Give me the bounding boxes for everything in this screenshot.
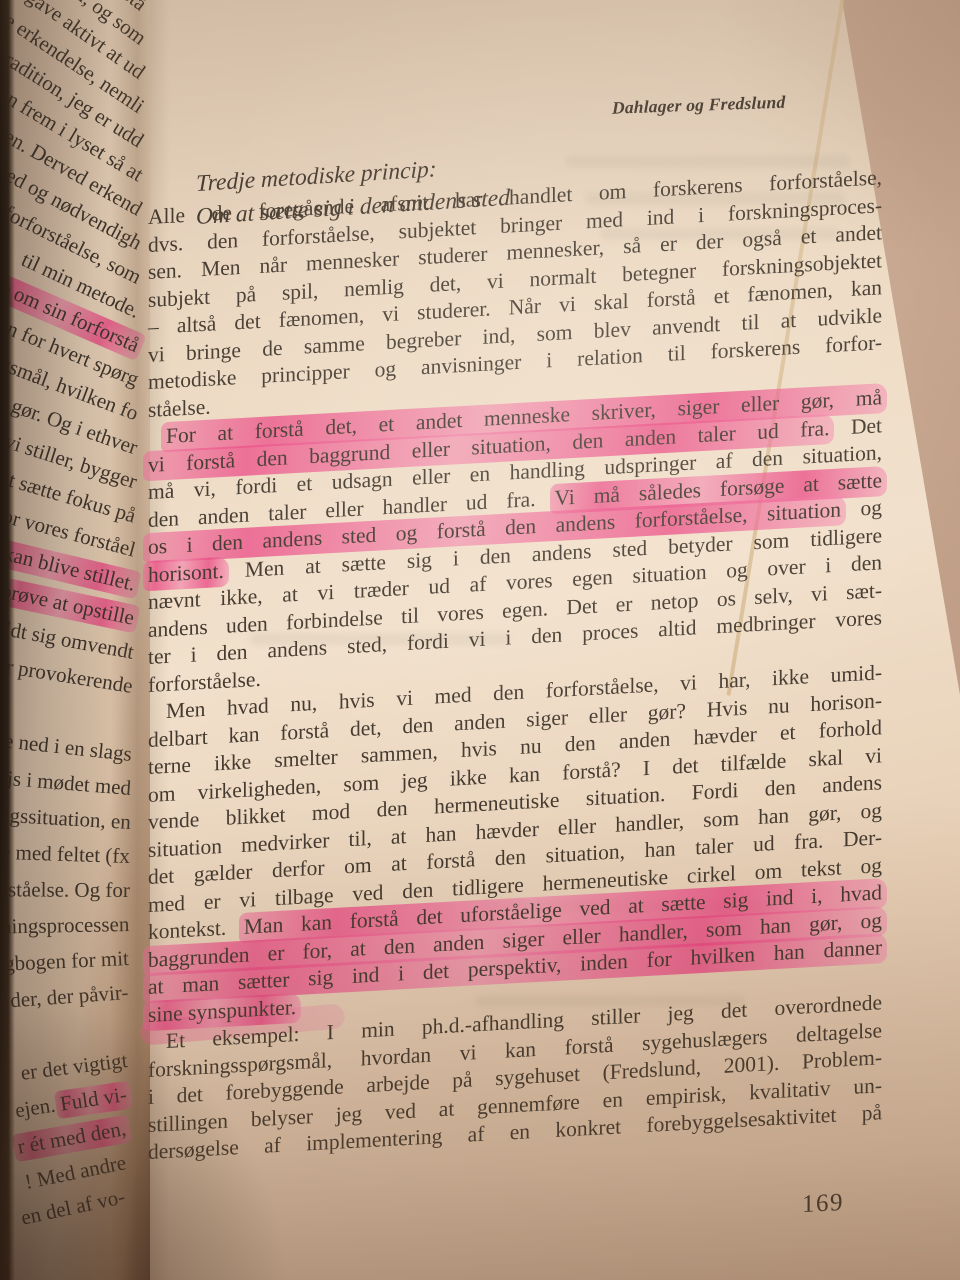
book-photo: e af min forforståstillingen, og sompgav… — [0, 0, 960, 1280]
text-segment: kontekst. — [148, 915, 244, 944]
page-body-text: Alle de foregående afsnit har handlet om… — [148, 164, 882, 1166]
running-header: Dahlager og Fredslund — [612, 88, 882, 118]
show-through-text — [565, 155, 850, 168]
text-segment: ståelse. — [148, 394, 211, 421]
text-segment: og — [841, 495, 882, 521]
page-number: 169 — [802, 1189, 844, 1219]
photo-left-edge-shadow — [0, 0, 15, 1280]
text-segment: Det — [829, 413, 882, 440]
text-segment: forforståelse. — [148, 666, 261, 696]
